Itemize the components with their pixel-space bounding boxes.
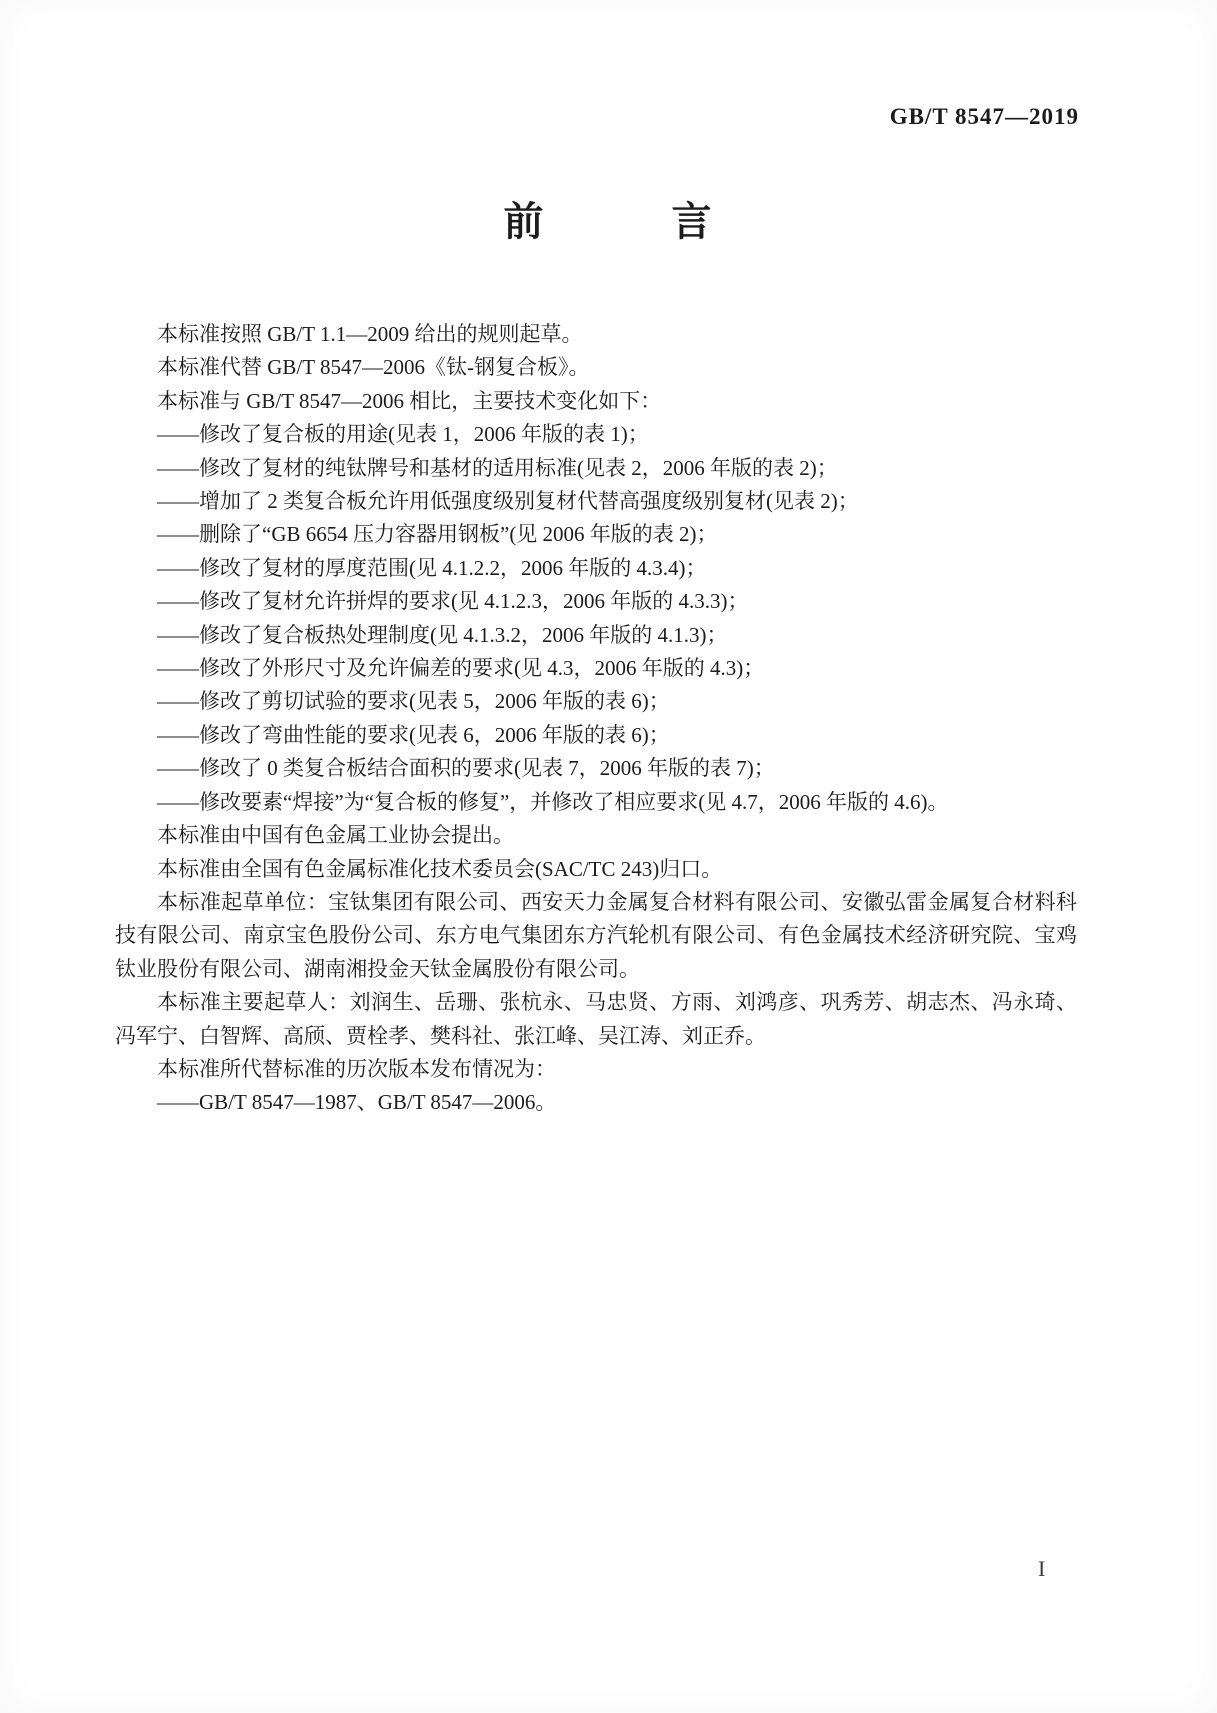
- page-title: 前 言: [0, 190, 1217, 247]
- paragraph: 本标准代替 GB/T 8547—2006《钛-钢复合板》。: [115, 351, 1077, 384]
- paragraph: 本标准与 GB/T 8547—2006 相比，主要技术变化如下：: [115, 385, 1077, 418]
- paragraph: ——修改要素“焊接”为“复合板的修复”，并修改了相应要求(见 4.7，2006 …: [115, 786, 1077, 819]
- standard-number-header: GB/T 8547—2019: [890, 104, 1079, 130]
- paragraph: ——增加了 2 类复合板允许用低强度级别复材代替高强度级别复材(见表 2)；: [115, 485, 1077, 518]
- paragraph: ——修改了复材的纯钛牌号和基材的适用标准(见表 2，2006 年版的表 2)；: [115, 452, 1077, 485]
- paragraph: ——修改了复材的厚度范围(见 4.1.2.2，2006 年版的 4.3.4)；: [115, 552, 1077, 585]
- page-number: I: [1038, 1556, 1045, 1582]
- paragraph: ——修改了弯曲性能的要求(见表 6，2006 年版的表 6)；: [115, 719, 1077, 752]
- paragraph: ——GB/T 8547—1987、GB/T 8547—2006。: [115, 1086, 1077, 1119]
- paragraph: 本标准由全国有色金属标准化技术委员会(SAC/TC 243)归口。: [115, 853, 1077, 886]
- paragraph: ——修改了 0 类复合板结合面积的要求(见表 7，2006 年版的表 7)；: [115, 752, 1077, 785]
- paragraph: ——修改了复材允许拼焊的要求(见 4.1.2.3，2006 年版的 4.3.3)…: [115, 585, 1077, 618]
- paragraph: ——修改了剪切试验的要求(见表 5，2006 年版的表 6)；: [115, 685, 1077, 718]
- paragraph: ——修改了复合板热处理制度(见 4.1.3.2，2006 年版的 4.1.3)；: [115, 619, 1077, 652]
- paragraph: 本标准所代替标准的历次版本发布情况为：: [115, 1053, 1077, 1086]
- paragraph: 本标准按照 GB/T 1.1—2009 给出的规则起草。: [115, 318, 1077, 351]
- foreword-body: 本标准按照 GB/T 1.1—2009 给出的规则起草。本标准代替 GB/T 8…: [115, 318, 1077, 1120]
- paragraph: 本标准由中国有色金属工业协会提出。: [115, 819, 1077, 852]
- paragraph: ——修改了复合板的用途(见表 1，2006 年版的表 1)；: [115, 418, 1077, 451]
- paragraph: 本标准起草单位：宝钛集团有限公司、西安天力金属复合材料有限公司、安徽弘雷金属复合…: [115, 886, 1077, 986]
- paragraph: ——删除了“GB 6654 压力容器用钢板”(见 2006 年版的表 2)；: [115, 518, 1077, 551]
- paragraph: 本标准主要起草人：刘润生、岳珊、张杭永、马忠贤、方雨、刘鸿彦、巩秀芳、胡志杰、冯…: [115, 986, 1077, 1053]
- document-page: GB/T 8547—2019 前 言 本标准按照 GB/T 1.1—2009 给…: [0, 0, 1217, 1713]
- paragraph: ——修改了外形尺寸及允许偏差的要求(见 4.3，2006 年版的 4.3)；: [115, 652, 1077, 685]
